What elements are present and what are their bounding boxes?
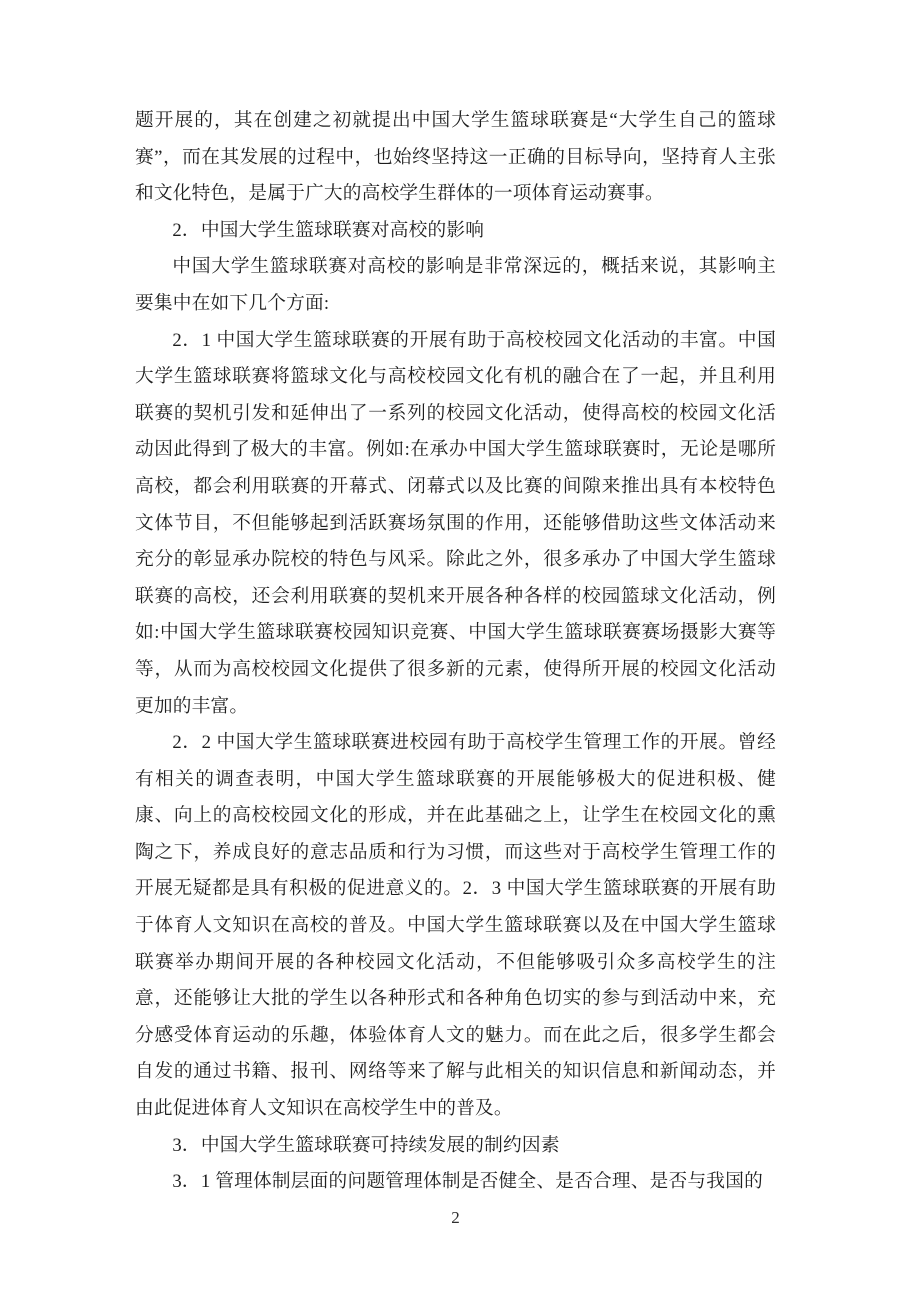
paragraph: 中国大学生篮球联赛对高校的影响是非常深远的，概括来说，其影响主要集中在如下几个方…: [135, 249, 776, 322]
paragraph: 题开展的，其在创建之初就提出中国大学生篮球联赛是“大学生自己的篮球赛”，而在其发…: [135, 103, 776, 213]
paragraph: 3．1 管理体制层面的问题管理体制是否健全、是否合理、是否与我国的: [135, 1164, 776, 1201]
document-page: 题开展的，其在创建之初就提出中国大学生篮球联赛是“大学生自己的篮球赛”，而在其发…: [0, 0, 920, 1302]
document-body: 题开展的，其在创建之初就提出中国大学生篮球联赛是“大学生自己的篮球赛”，而在其发…: [135, 103, 776, 1201]
section-heading: 3．中国大学生篮球联赛可持续发展的制约因素: [135, 1128, 776, 1165]
page-number: 2: [135, 1206, 776, 1230]
paragraph: 2．2 中国大学生篮球联赛进校园有助于高校学生管理工作的开展。曾经有相关的调查表…: [135, 725, 776, 1128]
paragraph: 2．1 中国大学生篮球联赛的开展有助于高校校园文化活动的丰富。中国大学生篮球联赛…: [135, 323, 776, 726]
section-heading: 2．中国大学生篮球联赛对高校的影响: [135, 213, 776, 250]
